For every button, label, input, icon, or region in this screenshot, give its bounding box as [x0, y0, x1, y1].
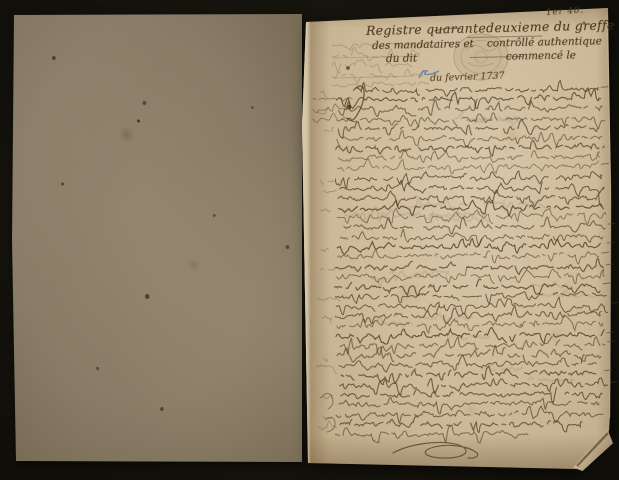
- heading-line1-right: deuxieme du greffe: [486, 17, 615, 35]
- heading-line2-right: contrôllé authentique: [487, 35, 602, 49]
- heading-line3-left: du dit: [386, 52, 417, 65]
- heading-line1-left: Registre quarante: [366, 20, 486, 38]
- inside-cover-board: [10, 13, 302, 463]
- heading-line3-right: commencé le: [506, 49, 576, 62]
- archival-scan-surface: 1er 48. Registre quarante deuxieme du gr…: [0, 0, 619, 480]
- heading-line2-left: des mandataires et: [372, 38, 474, 52]
- book-cover-wrap: [10, 13, 302, 463]
